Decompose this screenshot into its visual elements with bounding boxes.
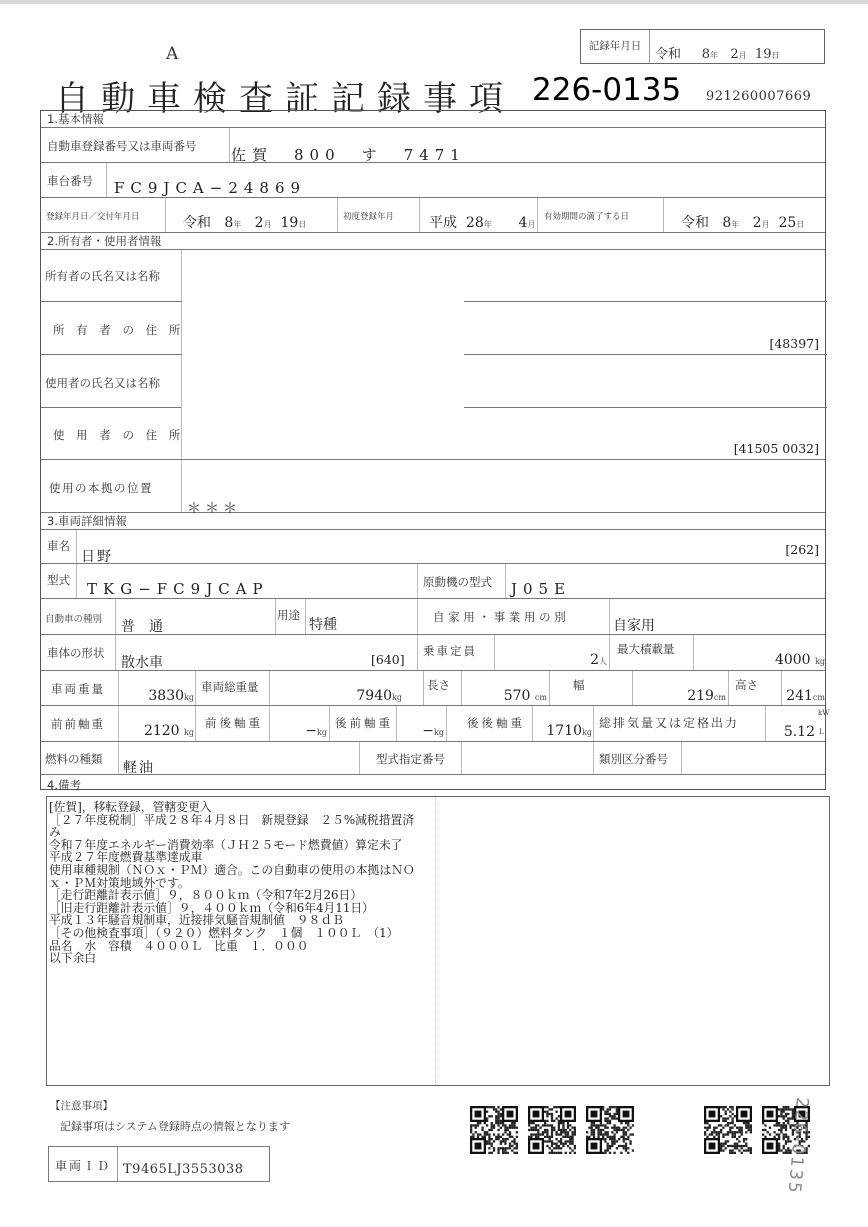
owner-address-code: [48397] — [769, 336, 819, 351]
title-number: 226-0135 — [532, 72, 681, 108]
divider — [423, 671, 424, 705]
length-value: 570 cm — [461, 688, 547, 704]
expiry-label: 有効期間の満了する日 — [544, 210, 629, 222]
expiry-value: 令和 8年 2月 25日 — [681, 212, 804, 232]
record-table: 1.基本情報 自動車登録番号又は車両番号 佐賀 800 す 7471 車台番号 … — [40, 110, 826, 790]
weights-row: 車両重量 3830kg 車両総重量 7940kg 長さ 570 cm 幅 219… — [41, 671, 825, 706]
remarks-text: [佐賀]，移転登録，管轄変更入［２７年度税制］平成２８年４月８日 新規登録 ２５… — [49, 801, 415, 965]
chassis-number-row: 車台番号 FC9JCA−24869 — [41, 163, 825, 198]
divider — [446, 706, 447, 741]
divider — [118, 742, 119, 774]
divider — [663, 198, 664, 232]
section-2-heading: 2.所有者・使用者情報 — [41, 233, 825, 250]
vehicle-weight-value: 3830kg — [118, 688, 194, 704]
displacement-label: 総排気量又は定格出力 — [599, 714, 739, 731]
user-name-label: 使用者の氏名又は名称 — [45, 375, 160, 391]
vehicle-type-label: 自動車の種別 — [45, 611, 102, 625]
record-date-label: 記録年月日 — [581, 30, 650, 63]
section-1-heading: 1.基本情報 — [41, 111, 825, 128]
remark-line: ［走行距離計表示値］９，８００ｋｍ（令和7年2月26日） — [49, 889, 415, 902]
body-shape-code: [640] — [371, 652, 405, 667]
capacity-label: 乗車定員 — [423, 643, 477, 659]
car-name-code: [262] — [785, 542, 819, 557]
height-label: 高さ — [735, 677, 758, 693]
divider — [417, 564, 418, 598]
base-location-label: 使用の本拠の位置 — [49, 480, 153, 496]
divider — [229, 128, 230, 162]
max-load-label: 最大積載量 — [617, 641, 675, 657]
remark-line: 使用車種規制（ＮＯｘ・ＰＭ）適合。この自動車の使用の本拠はＮＯ — [49, 864, 415, 877]
divider — [593, 706, 594, 741]
gross-weight-label: 車両総重量 — [201, 679, 259, 695]
vehicle-weight-label: 車両重量 — [51, 681, 105, 697]
length-label: 長さ — [427, 677, 450, 693]
base-location-row: 使用の本拠の位置 ＊＊＊ — [41, 460, 825, 513]
vehicle-id-box: 車両ＩＤ T9465LJ3553038 — [48, 1146, 270, 1182]
qr-code-3 — [586, 1106, 634, 1154]
qr-code-2 — [528, 1106, 576, 1154]
notice-title: 【注意事項】 — [50, 1098, 113, 1113]
divider — [115, 635, 116, 670]
car-name-label: 車名 — [47, 538, 70, 554]
max-load-value: 4000 kg — [693, 652, 825, 668]
fuel-label: 燃料の種類 — [45, 751, 103, 767]
qr-code-4 — [704, 1106, 752, 1154]
type-designation-label: 型式指定番号 — [376, 751, 445, 767]
remarks-divider — [435, 797, 436, 1085]
user-address-row: 使 用 者 の 住 所 [41505 0032] — [41, 407, 825, 460]
divider — [419, 198, 420, 232]
vehicle-id-label: 車両ＩＤ — [55, 1157, 111, 1174]
owner-address-row: 所 有 者 の 住 所 [48397] — [41, 302, 825, 355]
divider — [181, 460, 182, 512]
displacement-value: 5.12 — [765, 724, 815, 740]
divider — [195, 706, 196, 741]
vehicle-type-value: 普 通 — [121, 616, 163, 636]
divider — [609, 599, 610, 634]
divider — [549, 671, 550, 705]
purpose-value: 特種 — [309, 614, 337, 634]
user-address-label: 使 用 者 の 住 所 — [53, 427, 184, 443]
divider — [329, 706, 330, 741]
divider — [181, 302, 182, 355]
registration-date-label: 登録年月日／交付年月日 — [46, 210, 140, 222]
registration-number-value: 佐賀 800 す 7471 — [231, 144, 466, 165]
axle-row: 前前軸重 2120 kg 前後軸重 −kg 後前軸重 −kg 後後軸重 1710… — [41, 706, 825, 742]
rr-axle-label: 後後軸重 — [467, 715, 525, 731]
qr-code-1 — [470, 1106, 518, 1154]
divider — [505, 564, 506, 598]
divider — [728, 671, 729, 705]
capacity-value: 2人 — [494, 652, 607, 668]
divider — [337, 198, 338, 232]
notice-body: 記録事項はシステム登録時点の情報となります — [60, 1118, 290, 1134]
chassis-number-label: 車台番号 — [47, 173, 93, 189]
user-name-row: 使用者の氏名又は名称 — [41, 355, 825, 407]
owner-name-label: 所有者の氏名又は名称 — [45, 268, 160, 284]
remark-line: [佐賀]，移転登録，管轄変更入 — [49, 801, 415, 814]
displacement-unit-kw: kW — [818, 709, 829, 717]
divider — [461, 742, 462, 774]
body-shape-row: 車体の形状 散水車 [640] 乗車定員 2人 最大積載量 4000 kg — [41, 635, 825, 671]
ff-axle-label: 前前軸重 — [51, 716, 105, 732]
divider — [181, 355, 182, 407]
divider — [181, 250, 182, 302]
divider — [417, 635, 418, 670]
section-4-heading: 4.備考 — [41, 775, 825, 791]
divider — [165, 198, 166, 232]
ff-axle-value: 2120 kg — [118, 723, 194, 739]
model-label: 型式 — [47, 572, 70, 588]
form-mark: A — [166, 44, 178, 64]
chassis-number-value: FC9JCA−24869 — [114, 179, 306, 197]
divider — [76, 564, 77, 598]
divider — [417, 599, 418, 634]
document-id: 921260007669 — [706, 89, 811, 104]
record-date-box: 記録年月日 令和 8年 2月 19日 — [580, 29, 825, 64]
vehicle-type-row: 自動車の種別 普 通 用途 特種 自 家 用 ・ 事 業 用 の 別 自家用 — [41, 599, 825, 635]
displacement-unit-l: L — [819, 728, 824, 736]
registration-number-label: 自動車登録番号又は車両番号 — [47, 138, 197, 154]
width-label: 幅 — [573, 677, 585, 693]
engine-model-value: J05E — [511, 580, 571, 598]
gross-weight-value: 7940kg — [269, 688, 402, 704]
rf-axle-label: 後前軸重 — [335, 715, 393, 731]
divider — [115, 599, 116, 634]
divider — [681, 742, 682, 774]
divider — [76, 530, 77, 563]
private-business-value: 自家用 — [613, 615, 655, 635]
owner-name-row: 所有者の氏名又は名称 — [41, 250, 825, 302]
engine-model-label: 原動機の型式 — [423, 574, 492, 590]
width-value: 219cm — [632, 688, 726, 704]
remark-line: 品名 水 容積 ４０００Ｌ 比重 １．０００ — [49, 940, 415, 953]
remarks-box: [佐賀]，移転登録，管轄変更入［２７年度税制］平成２８年４月８日 新規登録 ２５… — [46, 796, 830, 1086]
remark-line: み — [49, 826, 415, 839]
fuel-value: 軽油 — [123, 757, 155, 777]
divider — [181, 407, 182, 459]
divider — [359, 742, 360, 774]
divider — [275, 599, 276, 634]
registration-number-row: 自動車登録番号又は車両番号 佐賀 800 す 7471 — [41, 128, 825, 163]
body-shape-value: 散水車 — [121, 652, 163, 672]
divider — [305, 599, 306, 634]
fr-axle-value: −kg — [269, 723, 327, 739]
divider — [106, 163, 107, 197]
body-shape-label: 車体の形状 — [47, 645, 105, 661]
user-address-code: [41505 0032] — [734, 441, 819, 456]
divider — [117, 1147, 118, 1181]
rf-axle-value: −kg — [396, 723, 444, 739]
section-3-heading: 3.車両詳細情報 — [41, 513, 825, 530]
rr-axle-value: 1710kg — [532, 723, 592, 739]
fr-axle-label: 前後軸重 — [205, 715, 263, 731]
divider — [537, 198, 538, 232]
scan-edge — [0, 0, 868, 4]
first-registration-label: 初度登録年月 — [343, 210, 394, 222]
purpose-label: 用途 — [277, 607, 300, 623]
fuel-row: 燃料の種類 軽油 型式指定番号 類別区分番号 — [41, 742, 825, 775]
divider — [195, 671, 196, 705]
height-value: 241cm — [781, 688, 825, 704]
remark-line: 以下余白 — [49, 952, 415, 965]
remark-line: ［２７年度税制］平成２８年４月８日 新規登録 ２５%減税措置済 — [49, 814, 415, 827]
first-registration-value: 平成 28年 4月 — [429, 212, 535, 232]
private-business-label: 自 家 用 ・ 事 業 用 の 別 — [433, 609, 566, 625]
car-name-row: 車名 日野 [262] — [41, 530, 825, 564]
record-date-value: 令和 8年 2月 19日 — [655, 43, 779, 62]
model-row: 型式 TKG−FC9JCAP 原動機の型式 J05E — [41, 564, 825, 599]
car-name-value: 日野 — [81, 546, 113, 566]
vehicle-id-value: T9465LJ3553038 — [123, 1162, 244, 1177]
registration-date-value: 令和 8年 2月 19日 — [183, 212, 306, 232]
remark-line: ［その他検査事項］（９２０）燃料タンク １個 １００Ｌ （1） — [49, 927, 415, 940]
dates-row: 登録年月日／交付年月日 令和 8年 2月 19日 初度登録年月 平成 28年 4… — [41, 198, 825, 233]
divider — [593, 742, 594, 774]
divider — [609, 635, 610, 670]
model-value: TKG−FC9JCAP — [87, 580, 269, 598]
owner-address-label: 所 有 者 の 住 所 — [53, 322, 184, 338]
category-label: 類別区分番号 — [599, 751, 668, 767]
